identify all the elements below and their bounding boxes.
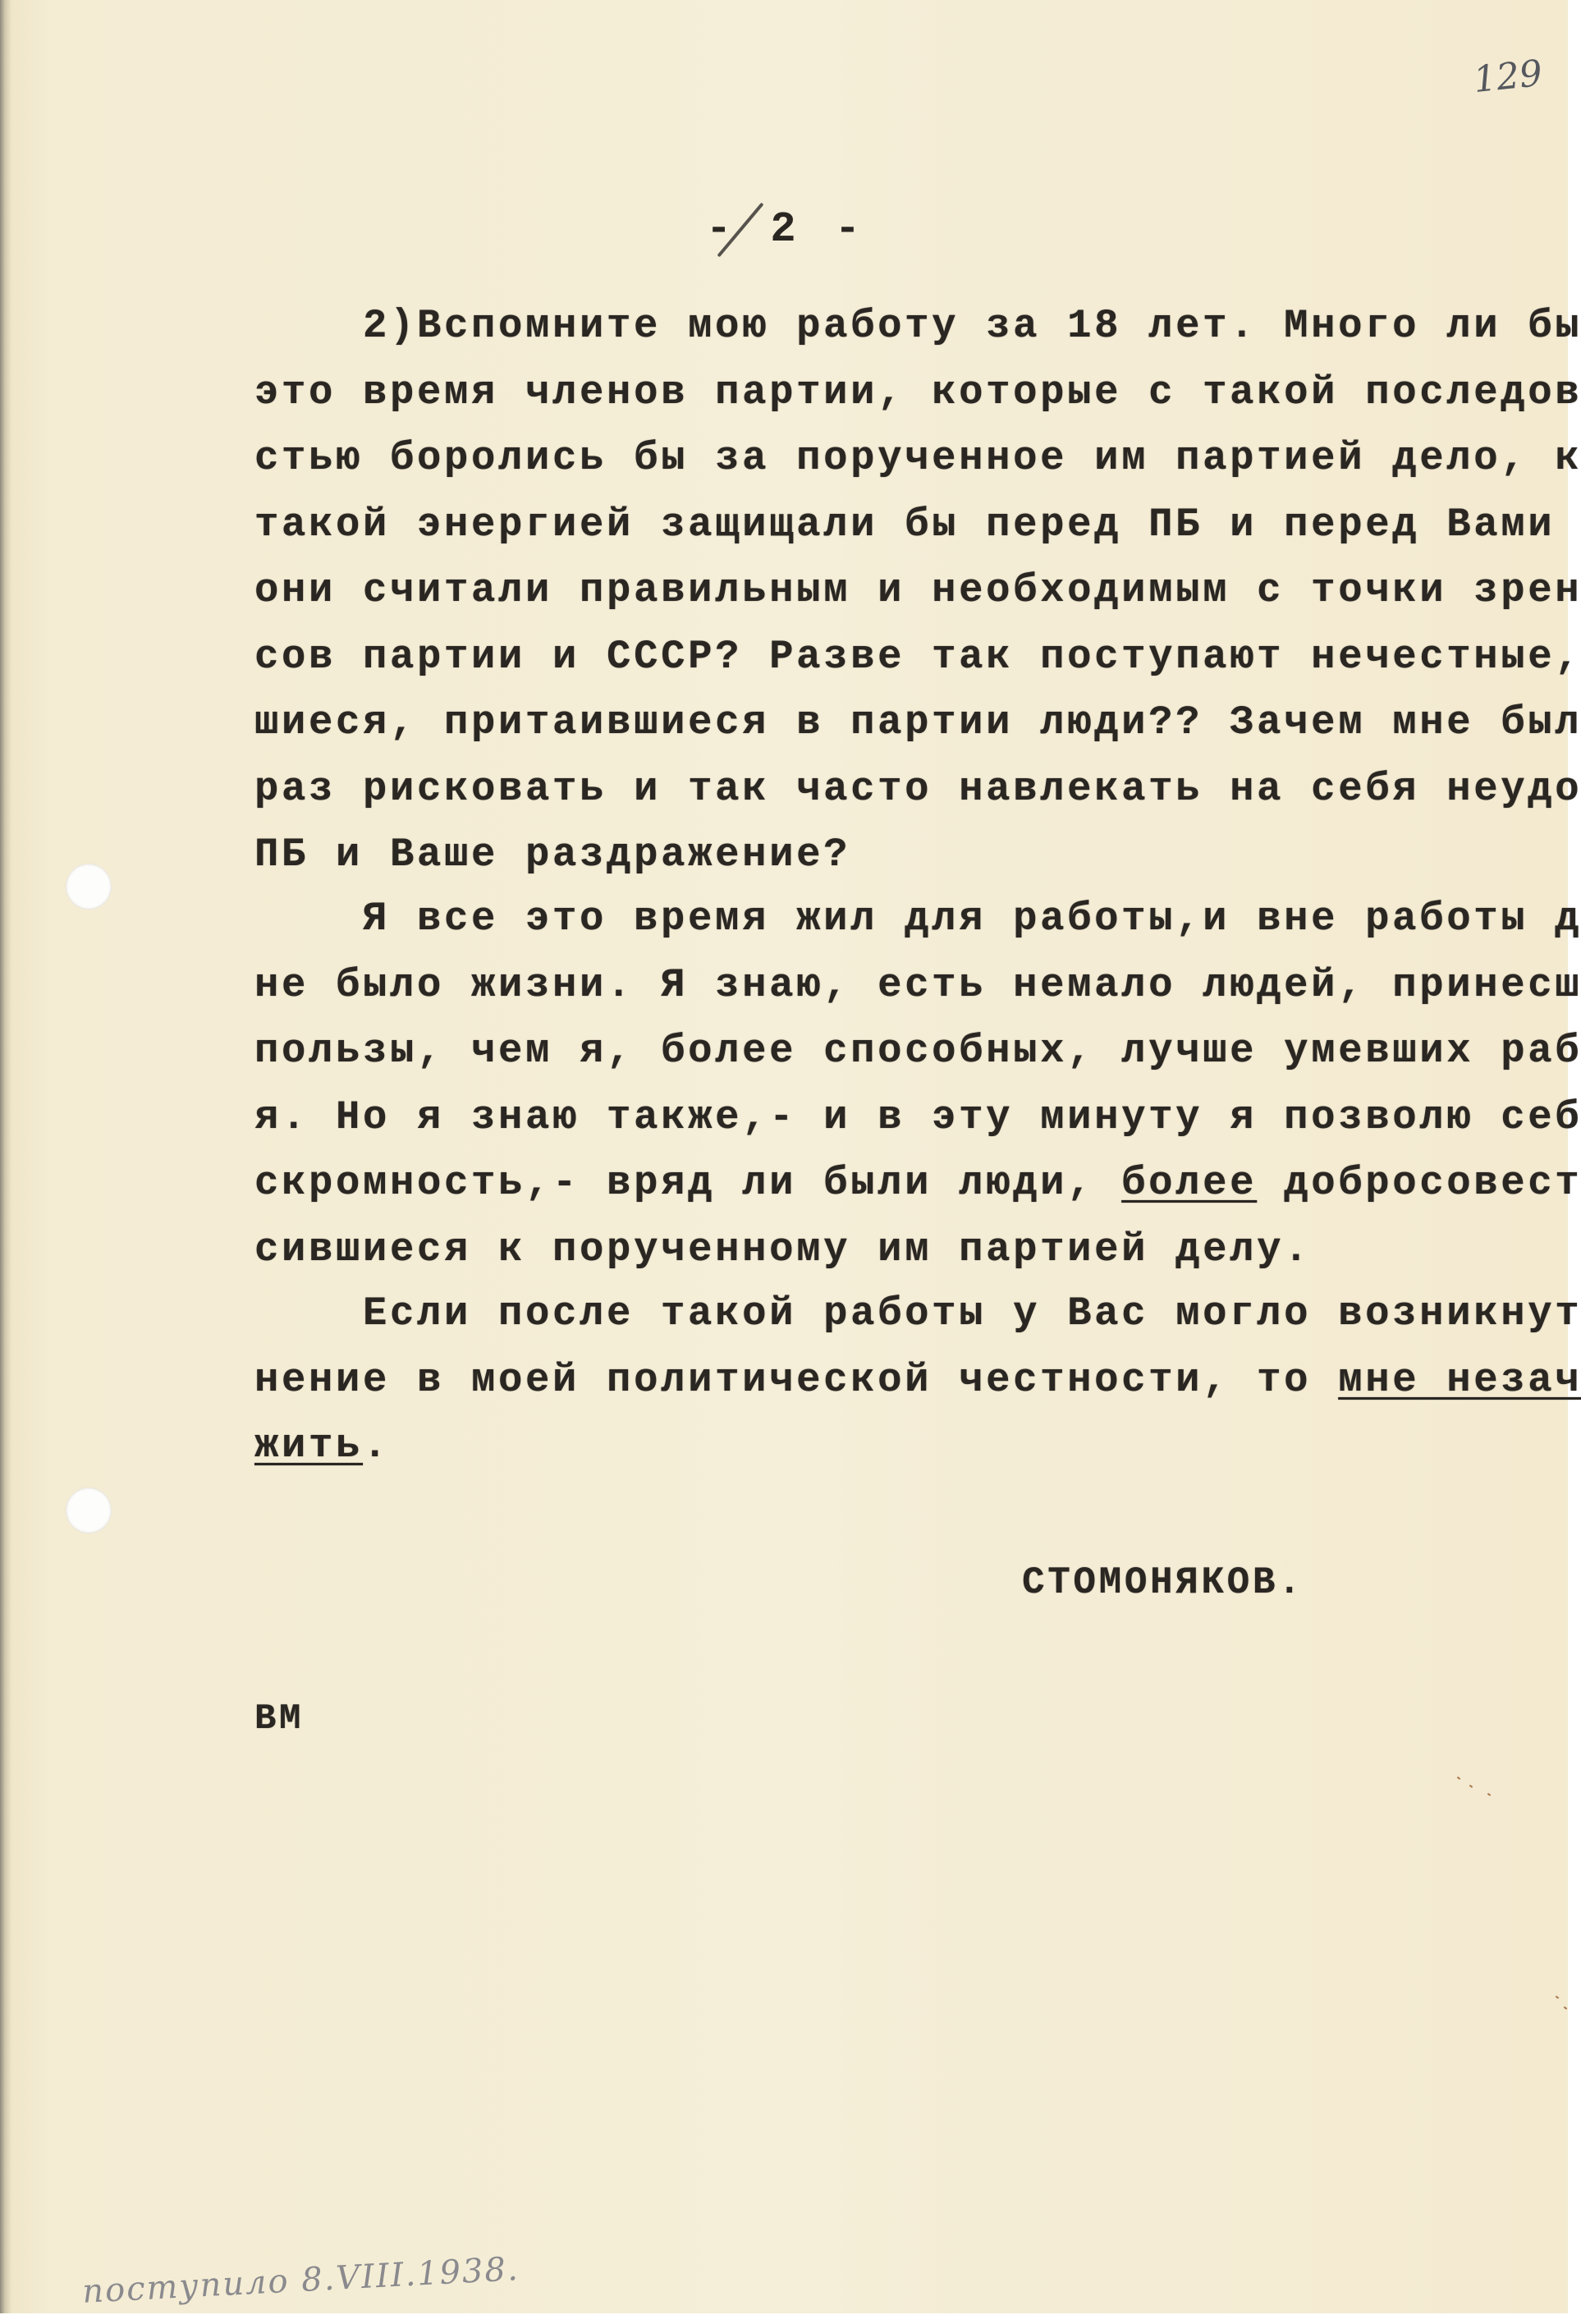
text-line: нение в моей политической честности, то … bbox=[254, 1360, 1581, 1400]
text-line: сов партии и СССР? Разве так поступают н… bbox=[254, 637, 1581, 677]
punch-hole bbox=[66, 864, 112, 910]
handwritten-received-note: поступило 8.VIII.1938. bbox=[81, 2250, 520, 2311]
text-segment: добросовестно отно- bbox=[1257, 1160, 1581, 1206]
text-line: шиеся, притаившиеся в партии люди?? Заче… bbox=[254, 703, 1581, 743]
text-line: скромность,- вряд ли были люди, более до… bbox=[254, 1163, 1581, 1203]
text-line: Если после такой работы у Вас могло возн… bbox=[363, 1294, 1581, 1334]
text-line: ПБ и Ваше раздражение? bbox=[254, 835, 850, 875]
text-line: они считали правильным и необходимым с т… bbox=[254, 571, 1581, 611]
paper-speck bbox=[1564, 2006, 1567, 2010]
text-line: раз рисковать и так часто навлекать на с… bbox=[254, 769, 1581, 809]
text-line: сившиеся к порученному им партией делу. bbox=[254, 1230, 1311, 1270]
text-line: не было жизни. Я знаю, есть немало людей… bbox=[254, 965, 1581, 1006]
underlined-phrase: жить bbox=[254, 1423, 363, 1469]
text-line: это время членов партии, которые с такой… bbox=[254, 373, 1581, 413]
page-marker: - 2 - bbox=[706, 205, 867, 254]
text-line: пользы, чем я, более способных, лучше ум… bbox=[254, 1031, 1581, 1071]
document-page: 129 - 2 - 2)Вспомните мою работу за 18 л… bbox=[0, 0, 1568, 2313]
paper-speck bbox=[1457, 1776, 1460, 1780]
text-line: Я все это время жил для работы,и вне раб… bbox=[363, 899, 1581, 939]
text-line: стью боролись бы за порученное им партие… bbox=[254, 438, 1581, 479]
text-line: я. Но я знаю также,- и в эту минуту я по… bbox=[254, 1098, 1581, 1138]
underlined-word: более bbox=[1121, 1160, 1257, 1206]
punch-hole bbox=[66, 1487, 112, 1533]
paper-speck bbox=[1556, 1996, 1559, 1999]
paper-speck bbox=[1469, 1785, 1473, 1788]
text-segment: нение в моей политической честности, то bbox=[254, 1357, 1338, 1403]
typist-initials: ВМ bbox=[254, 1701, 304, 1737]
underlined-phrase: мне незачем больше bbox=[1338, 1357, 1581, 1403]
paper-speck bbox=[1487, 1793, 1491, 1796]
text-segment: скромность,- вряд ли были люди, bbox=[254, 1160, 1121, 1206]
folio-number: 129 bbox=[1472, 53, 1545, 101]
text-line: жить. bbox=[254, 1426, 390, 1466]
text-line: такой энергией защищали бы перед ПБ и пе… bbox=[254, 505, 1581, 545]
signature: СТОМОНЯКОВ. bbox=[1022, 1564, 1304, 1602]
text-line: 2)Вспомните мою работу за 18 лет. Много … bbox=[363, 306, 1581, 346]
